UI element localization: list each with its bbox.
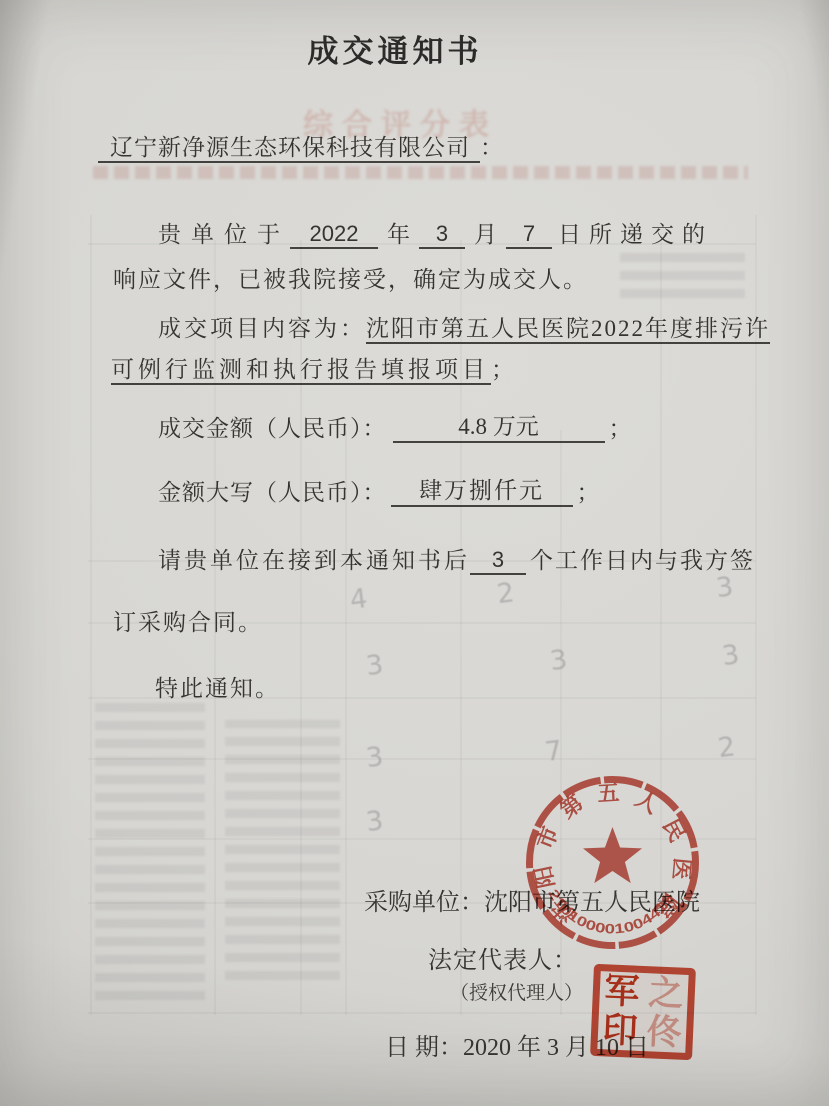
ghost-number: 3 bbox=[548, 644, 569, 677]
year-label: 年 bbox=[387, 222, 410, 247]
document-title: 成交通知书 bbox=[0, 26, 790, 71]
purchaser-label: 采购单位： bbox=[364, 890, 484, 916]
project-line-2: 可例行监测和执行报告填报项目； bbox=[111, 351, 514, 384]
name-stamp-char-tr: 之 bbox=[648, 975, 685, 1011]
agent-note: （授权代理人） bbox=[450, 978, 583, 1005]
ghost-number: 7 bbox=[543, 735, 564, 768]
project-line-1: 成交项目内容为：沈阳市第五人民医院2022年度排污许 bbox=[158, 310, 770, 343]
contract-tail: 个工作日内与我方签 bbox=[530, 548, 755, 573]
project-label: 成交项目内容为： bbox=[158, 316, 366, 341]
project-value-2: 可例行监测和执行报告填报项目 bbox=[111, 357, 491, 385]
submission-line-2: 响应文件，已被我院接受，确定为成交人。 bbox=[113, 261, 588, 294]
month-blank: 3 bbox=[419, 221, 465, 249]
round-official-seal: 沈阳市第五人民医院 210100001004429 bbox=[520, 770, 705, 955]
recipient-colon: ： bbox=[480, 135, 503, 160]
ghost-table-cells bbox=[620, 246, 745, 298]
ghost-number: 2 bbox=[716, 731, 737, 764]
seal-star-icon bbox=[583, 827, 642, 883]
amount-label: 成交金额（人民币）： bbox=[158, 416, 387, 441]
amount-words-line: 金额大写（人民币）：肆万捌仟元； bbox=[158, 472, 600, 507]
ghost-left-column bbox=[95, 700, 205, 1000]
recipient-line: 辽宁新净源生态环保科技有限公司： bbox=[98, 129, 503, 162]
notice-line: 特此通知。 bbox=[155, 670, 280, 703]
ghost-text-row bbox=[93, 166, 748, 179]
project-semicolon: ； bbox=[491, 357, 514, 382]
ghost-grid-line bbox=[90, 215, 92, 1015]
ghost-number: 3 bbox=[720, 639, 741, 672]
ghost-grid-line bbox=[345, 430, 347, 1015]
amount-words-label: 金额大写（人民币）： bbox=[158, 480, 387, 505]
submission-line-1: 贵单位于2022年3月7日所递交的 bbox=[158, 216, 713, 249]
days-blank: 3 bbox=[470, 547, 526, 575]
ghost-grid-line bbox=[88, 758, 756, 760]
amount-words-semicolon: ； bbox=[577, 480, 600, 505]
amount-semicolon: ； bbox=[609, 416, 632, 441]
contract-lead: 请贵单位在接到本通知书后 bbox=[158, 548, 470, 573]
contract-line-2: 订采购合同。 bbox=[113, 604, 263, 637]
ghost-number: 2 bbox=[495, 577, 516, 610]
amount-line: 成交金额（人民币）：4.8 万元； bbox=[158, 408, 632, 443]
day-blank: 7 bbox=[506, 221, 552, 249]
name-stamp-char-br: 佟 bbox=[646, 1014, 683, 1050]
recipient-company: 辽宁新净源生态环保科技有限公司 bbox=[98, 135, 480, 163]
amount-blank: 4.8 万元 bbox=[393, 408, 605, 443]
ghost-number: 3 bbox=[364, 741, 385, 774]
amount-words-blank: 肆万捌仟元 bbox=[391, 472, 573, 507]
name-stamp-seal: 军 之 印 佟 bbox=[590, 964, 696, 1060]
submission-tail: 日所递交的 bbox=[558, 222, 713, 247]
contract-line-1: 请贵单位在接到本通知书后3个工作日内与我方签 bbox=[158, 542, 755, 575]
ghost-number: 3 bbox=[364, 805, 385, 838]
project-value-1: 沈阳市第五人民医院2022年度排污许 bbox=[366, 316, 770, 344]
ghost-number: 3 bbox=[714, 571, 735, 604]
submission-lead: 贵单位于 bbox=[158, 222, 290, 247]
scanned-award-notice: 综合评分表 4233333723 成交通知书 辽宁新净源生态环保科技有限公司： … bbox=[0, 0, 829, 1106]
name-stamp-char-bl: 印 bbox=[602, 1012, 639, 1048]
year-blank: 2022 bbox=[290, 221, 378, 249]
date-label: 日 期： bbox=[385, 1035, 463, 1061]
month-label: 月 bbox=[474, 222, 497, 247]
ghost-number: 3 bbox=[364, 649, 385, 682]
name-stamp-char-tl: 军 bbox=[604, 973, 641, 1009]
ghost-number: 4 bbox=[348, 583, 369, 616]
